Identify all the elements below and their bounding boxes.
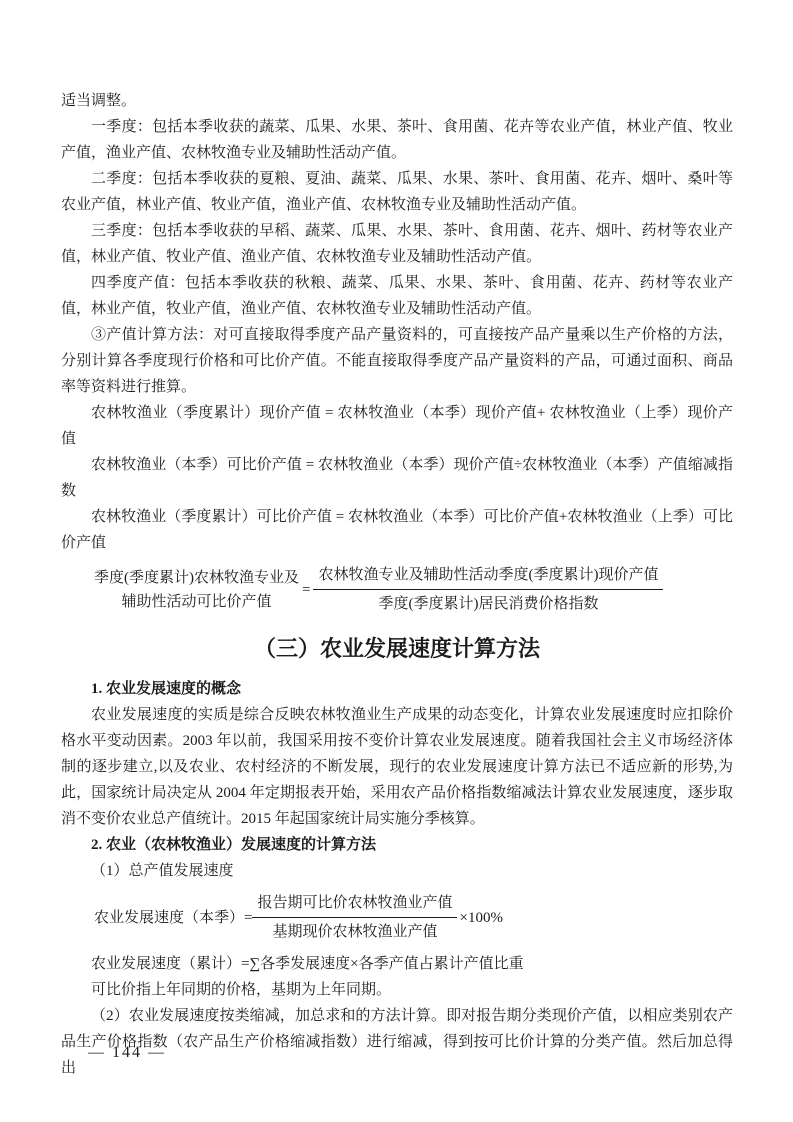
equation-speed-cumulative: 农业发展速度（累计）=∑各季发展速度×各季产值占累计产值比重 [61,951,733,977]
item1-label: （1）总产值发展速度 [61,858,733,884]
formula-lhs: 农业发展速度（本季）= [94,905,252,931]
paragraph-continuation: 适当调整。 [61,88,733,114]
section-heading: （三）农业发展速度计算方法 [61,634,733,664]
paragraph-method: ③产值计算方法：对可直接取得季度产品产量资料的，可直接按产品产量乘以生产价格的方… [61,322,733,400]
equals-sign: = [299,577,313,603]
formula-suffix: ×100% [457,905,502,931]
formula-lhs-line1: 季度(季度累计)农林牧渔专业及 [94,566,299,590]
fraction-numerator: 报告期可比价农林牧渔业产值 [252,891,457,918]
formula-lhs: 季度(季度累计)农林牧渔专业及 辅助性活动可比价产值 [94,566,299,614]
equation-comparable-quarter: 农林牧渔业（本季）可比价产值 = 农林牧渔业（本季）现价产值÷农林牧渔业（本季）… [61,452,733,504]
formula-cpi-deflator: 季度(季度累计)农林牧渔专业及 辅助性活动可比价产值 = 农林牧渔专业及辅助性活… [94,563,733,616]
paragraph-quarter4: 四季度产值：包括本季收获的秋粮、蔬菜、瓜果、水果、茶叶、食用菌、花卉、药材等农业… [61,270,733,322]
document-page: 适当调整。 一季度：包括本季收获的蔬菜、瓜果、水果、茶叶、食用菌、花卉等农业产值… [0,0,793,1122]
fraction: 报告期可比价农林牧渔业产值 基期现价农林牧渔业产值 [252,891,457,944]
formula-lhs-line2: 辅助性活动可比价产值 [94,590,299,614]
formula-development-speed: 农业发展速度（本季）= 报告期可比价农林牧渔业产值 基期现价农林牧渔业产值 ×1… [94,891,733,944]
fraction-denominator: 季度(季度累计)居民消费价格指数 [313,590,663,616]
equation-current-price: 农林牧渔业（季度累计）现价产值 = 农林牧渔业（本季）现价产值+ 农林牧渔业（上… [61,400,733,452]
paragraph-quarter2: 二季度：包括本季收获的夏粮、夏油、蔬菜、瓜果、水果、茶叶、食用菌、花卉、烟叶、桑… [61,166,733,218]
page-number: — 144 — [88,1040,166,1066]
paragraph-concept: 农业发展速度的实质是综合反映农林牧渔业生产成果的动态变化，计算农业发展速度时应扣… [61,702,733,832]
paragraph-quarter1: 一季度：包括本季收获的蔬菜、瓜果、水果、茶叶、食用菌、花卉等农业产值，林业产值、… [61,114,733,166]
subheading-concept: 1. 农业发展速度的概念 [61,676,733,702]
fraction-numerator: 农林牧渔专业及辅助性活动季度(季度累计)现价产值 [313,563,663,590]
fraction-denominator: 基期现价农林牧渔业产值 [252,918,457,944]
fraction: 农林牧渔专业及辅助性活动季度(季度累计)现价产值 季度(季度累计)居民消费价格指… [313,563,663,616]
subheading-calc-method: 2. 农业（农林牧渔业）发展速度的计算方法 [61,832,733,858]
paragraph-quarter3: 三季度：包括本季收获的早稻、蔬菜、瓜果、水果、茶叶、食用菌、花卉、烟叶、药材等农… [61,218,733,270]
equation-comparable-cumulative: 农林牧渔业（季度累计）可比价产值 = 农林牧渔业（本季）可比价产值+农林牧渔业（… [61,504,733,556]
note-base-period: 可比价指上年同期的价格，基期为上年同期。 [61,977,733,1003]
